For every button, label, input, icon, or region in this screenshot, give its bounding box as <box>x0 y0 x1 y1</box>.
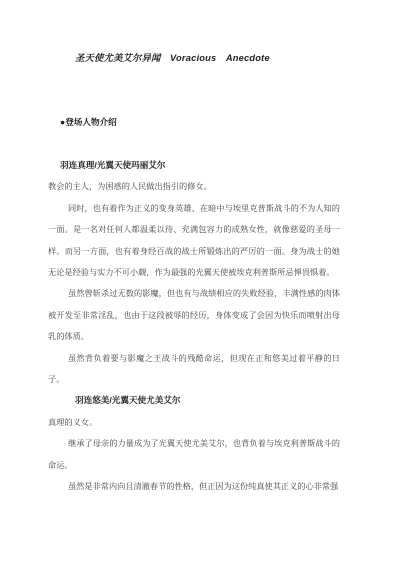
section-heading-cast-intro: ●登场人物介绍 <box>48 112 340 133</box>
paragraph: 同时，也有着作为正义的变身英雄、在暗中与埃里克普斯战斗的不为人知的一面。是一名对… <box>48 198 340 284</box>
character-heading-mariel: 羽连真理/光翼天使玛丽艾尔 <box>48 155 340 176</box>
paragraph: 继承了母亲的力量成为了光翼天使尤美艾尔，也背负着与埃克利普斯战斗的命运。 <box>48 433 340 476</box>
paragraph: 虽然背负着要与影魔之王战斗的残酷命运，但现在正和悠美过着平静的日子。 <box>48 348 340 391</box>
document-title: 圣天使尤美艾尔异闻 Voracious Anecdote <box>48 48 340 69</box>
paragraph: 虽然曾斩杀过无数的影魔，但也有与战绩相应的失败经验，丰满性感的肉体被开发至非常淫… <box>48 283 340 347</box>
paragraph: 教会的主人，为困惑的人民做出指引的修女。 <box>48 176 340 197</box>
character-heading-yumeel: 羽连悠美/光翼天使尤美艾尔 <box>48 390 340 411</box>
paragraph: 真理的义女。 <box>48 412 340 433</box>
document-page: 圣天使尤美艾尔异闻 Voracious Anecdote ●登场人物介绍 羽连真… <box>0 0 399 565</box>
paragraph: 虽然是非常内向且清澈春节的性格，但正因为这份纯真使其正义的心非常强 <box>48 476 340 497</box>
